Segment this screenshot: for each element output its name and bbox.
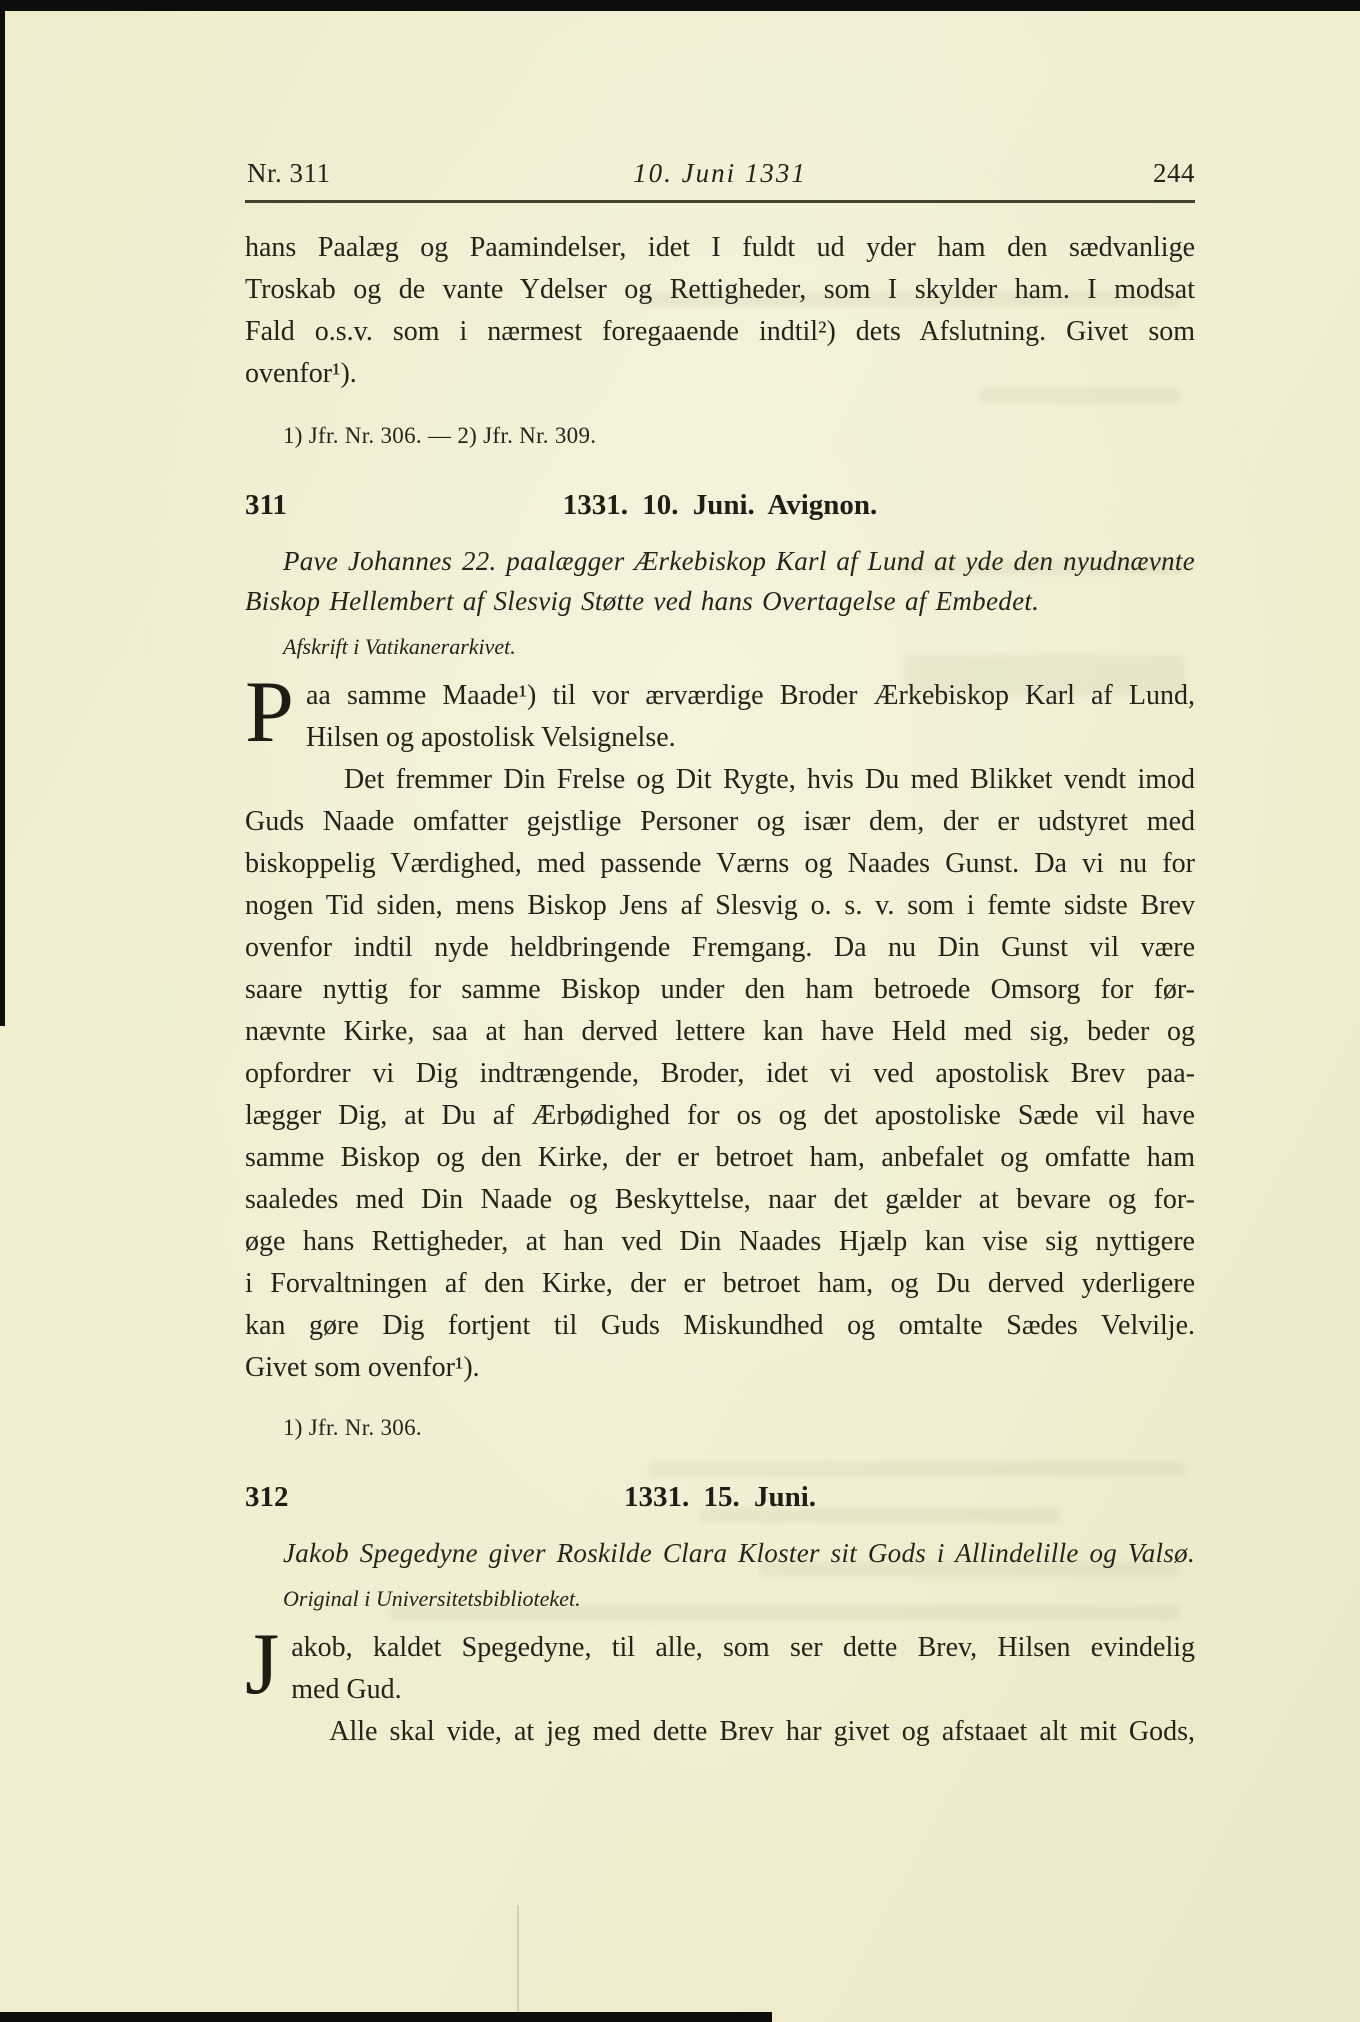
- text-line: Det fremmer Din Frelse og Dit Rygte, hvi…: [245, 759, 1195, 801]
- text-line: saare nyttig for samme Biskop under den …: [245, 969, 1195, 1011]
- scan-edge-left-bar: [0, 0, 5, 1026]
- drop-cap: P: [245, 679, 294, 761]
- text-line: Givet som ovenfor¹).: [245, 1347, 1195, 1389]
- header-rule: [245, 200, 1195, 203]
- text-line: ovenfor indtil nyde heldbringende Fremga…: [245, 927, 1195, 969]
- text-line: Biskop Hellembert af Slesvig Støtte ved …: [245, 581, 1195, 621]
- drop-cap: J: [245, 1631, 279, 1713]
- text-line: ovenfor¹).: [245, 353, 1195, 395]
- footnote-306-309: 1) Jfr. Nr. 306. — 2) Jfr. Nr. 309.: [245, 421, 1195, 451]
- text-line: Guds Naade omfatter gejstlige Personer o…: [245, 801, 1195, 843]
- text-line: biskoppelig Værdighed, med passende Værn…: [245, 843, 1195, 885]
- text-line: samme Biskop og den Kirke, der er betroe…: [245, 1137, 1195, 1179]
- entry-312: 312 1331. 15. Juni. Jakob Spegedyne give…: [245, 1481, 1195, 1753]
- letter-opening: J akob, kaldet Spegedyne, til alle, som …: [245, 1627, 1195, 1711]
- text-line: Jakob Spegedyne giver Roskilde Clara Klo…: [245, 1533, 1195, 1573]
- entry-summary: Jakob Spegedyne giver Roskilde Clara Klo…: [245, 1533, 1195, 1573]
- text-line: med Gud.: [245, 1669, 1195, 1711]
- text-line: aa samme Maade¹) til vor ærværdige Brode…: [245, 675, 1195, 717]
- header-date: 10. Juni 1331: [245, 158, 1195, 189]
- entry-date-place: 1331. 10. Juni. Avignon.: [563, 489, 878, 521]
- entry-number: 312: [245, 1481, 289, 1514]
- running-header: Nr. 311 10. Juni 1331 244: [245, 158, 1195, 194]
- scanned-book-page: Nr. 311 10. Juni 1331 244 hans Paalæg og…: [0, 0, 1360, 2022]
- text-line: øge hans Rettigheder, at han ved Din Naa…: [245, 1221, 1195, 1263]
- letter-body: Alle skal vide, at jeg med dette Brev ha…: [245, 1711, 1195, 1753]
- text-line: Pave Johannes 22. paalægger Ærkebiskop K…: [245, 541, 1195, 581]
- text-line: hans Paalæg og Paamindelser, idet I fuld…: [245, 227, 1195, 269]
- entry-number: 311: [245, 489, 287, 522]
- text-line: kan gøre Dig fortjent til Guds Miskundhe…: [245, 1305, 1195, 1347]
- letter-opening-lines: akob, kaldet Spegedyne, til alle, som se…: [245, 1627, 1195, 1711]
- text-line: lægger Dig, at Du af Ærbødighed for os o…: [245, 1095, 1195, 1137]
- text-line: akob, kaldet Spegedyne, til alle, som se…: [245, 1627, 1195, 1669]
- footnote-306: 1) Jfr. Nr. 306.: [245, 1413, 1195, 1443]
- letter-body: Det fremmer Din Frelse og Dit Rygte, hvi…: [245, 759, 1195, 1389]
- letter-opening: P aa samme Maade¹) til vor ærværdige Bro…: [245, 675, 1195, 759]
- header-page-number: 244: [1153, 158, 1195, 189]
- entry-heading: 312 1331. 15. Juni.: [245, 1481, 1195, 1519]
- text-line: Hilsen og apostolisk Velsignelse.: [245, 717, 1195, 759]
- letter-opening-lines: aa samme Maade¹) til vor ærværdige Brode…: [245, 675, 1195, 759]
- text-line: Troskab og de vante Ydelser og Rettighed…: [245, 269, 1195, 311]
- entry-heading: 311 1331. 10. Juni. Avignon.: [245, 489, 1195, 527]
- entry-source-note: Original i Universitetsbiblioteket.: [245, 1585, 1195, 1613]
- text-line: Alle skal vide, at jeg med dette Brev ha…: [245, 1711, 1195, 1753]
- entry-date-place: 1331. 15. Juni.: [624, 1481, 816, 1513]
- continuation-paragraph: hans Paalæg og Paamindelser, idet I fuld…: [245, 227, 1195, 395]
- paper-crease: [517, 1905, 519, 2015]
- entry-311: 311 1331. 10. Juni. Avignon. Pave Johann…: [245, 489, 1195, 1443]
- text-line: saaledes med Din Naade og Beskyttelse, n…: [245, 1179, 1195, 1221]
- entry-source-note: Afskrift i Vatikanerarkivet.: [245, 633, 1195, 661]
- text-column: Nr. 311 10. Juni 1331 244 hans Paalæg og…: [245, 0, 1195, 1753]
- text-line: i Forvaltningen af den Kirke, der er bet…: [245, 1263, 1195, 1305]
- text-line: Fald o.s.v. som i nærmest foregaaende in…: [245, 311, 1195, 353]
- text-line: nævnte Kirke, saa at han derved lettere …: [245, 1011, 1195, 1053]
- scan-edge-bottom-bar: [0, 2012, 772, 2022]
- text-line: nogen Tid siden, mens Biskop Jens af Sle…: [245, 885, 1195, 927]
- entry-summary: Pave Johannes 22. paalægger Ærkebiskop K…: [245, 541, 1195, 621]
- text-line: opfordrer vi Dig indtrængende, Broder, i…: [245, 1053, 1195, 1095]
